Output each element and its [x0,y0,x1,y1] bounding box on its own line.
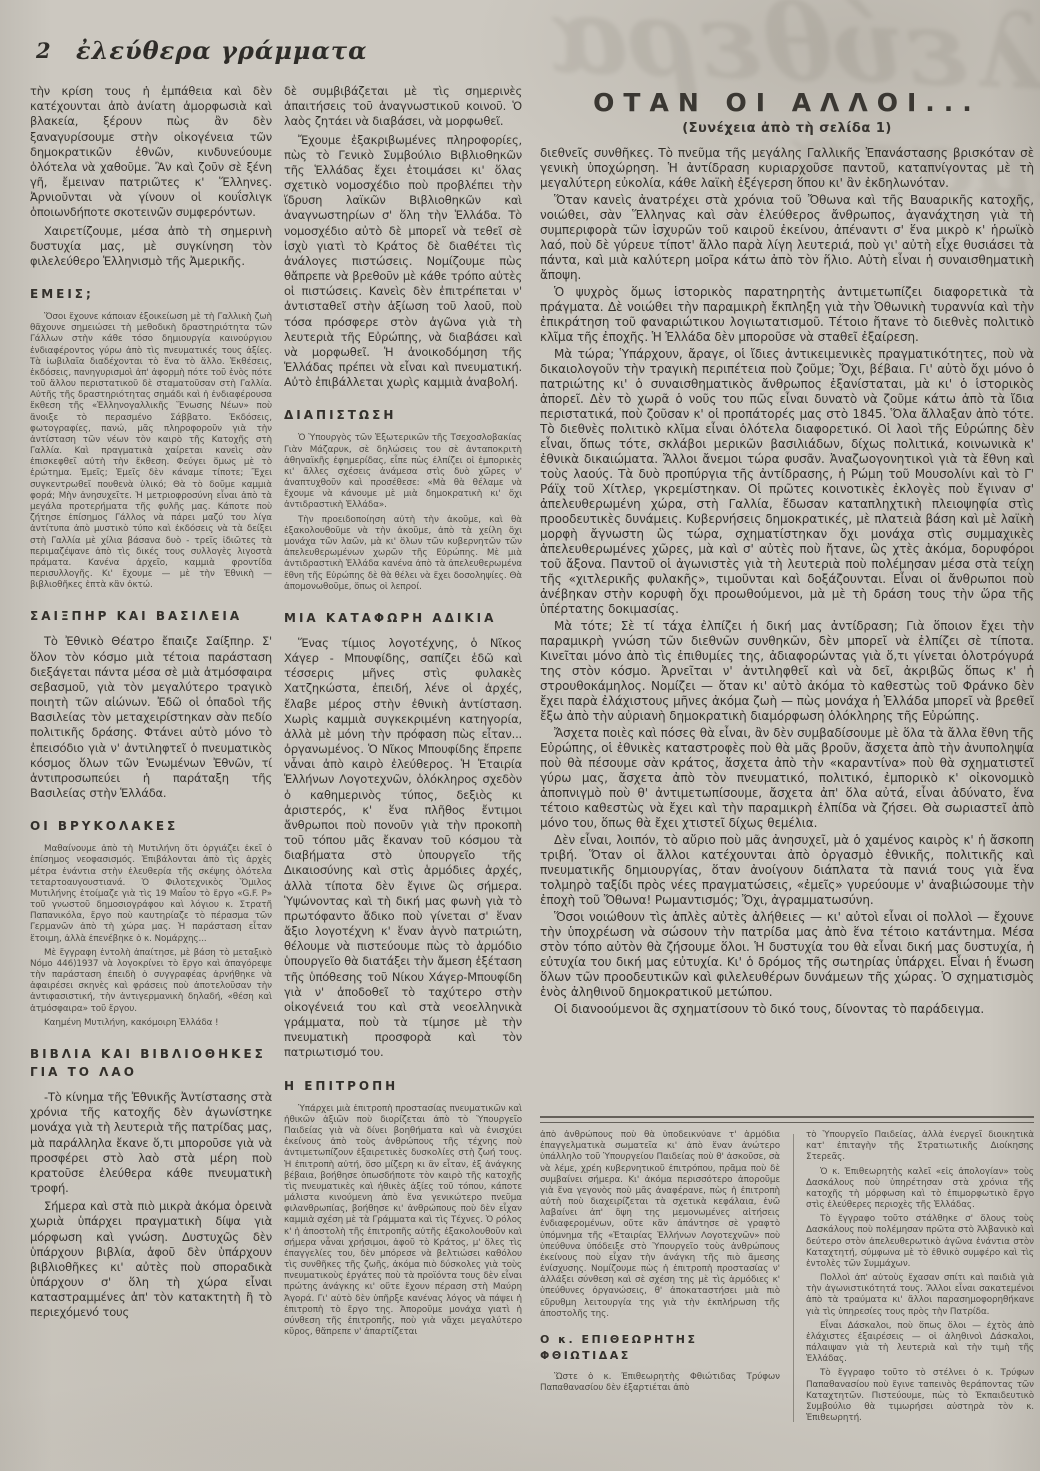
paragraph: Τὸ Ἐθνικὸ Θέατρο ἔπαιζε Σαίξπηρ. Σ' ὅλον… [30,634,272,801]
paragraph: Εἶναι Δάσκαλοι, ποὺ ὅπως ὅλοι — ἐχτὸς ἀπ… [806,1321,1034,1366]
paragraph: Σήμερα καὶ στὰ πιὸ μικρὰ ἀκόμα ὀρεινὰ χω… [30,1199,272,1320]
paragraph: Ἄσχετα ποιὲς καὶ πόσες θὰ εἶναι, ἂν δὲν … [540,726,1034,831]
paragraph: Μαθαίνουμε ἀπὸ τὴ Μυτιλήνη ὅτι ὀργιάζει … [30,844,272,945]
paragraph: Τὸ ἔγγραφο τοῦτο τὸ στέλνει ὁ κ. Τρύφων … [806,1368,1034,1424]
bottom-right-column: τὸ Ὑπουργεῖο Παιδείας, ἀλλὰ ἐνεργεῖ διοι… [806,1130,1034,1465]
section-heading: ΔΙΑΠΙΣΤΩΣΗ [284,406,522,424]
paragraph: Μὰ τότε; Σὲ τί τάχα ἐλπίζει ἡ δική μας ἀ… [540,619,1034,724]
masthead-title: ἐλεύθερα γράμματα [76,36,368,65]
article-body: διεθνεῖς συνθῆκες. Τὸ πνεῦμα τῆς μεγάλης… [540,146,1034,1019]
paragraph: Μὲ ἔγγραφη ἐντολὴ ἀπαίτησε, μὲ βάση τὸ μ… [30,948,272,1015]
paragraph: διεθνεῖς συνθῆκες. Τὸ πνεῦμα τῆς μεγάλης… [540,146,1034,191]
paragraph: Ἔχουμε ἐξακριβωμένες πληροφορίες, πὼς τὸ… [284,133,522,391]
bottom-column-rule [793,1134,794,1422]
paragraph: Τὴν προειδοποίηση αὐτὴ τὴν ἀκοῦμε, καὶ θ… [284,515,522,593]
paragraph: Ὥστε ὁ κ. Ἐπιθεωρητὴς Φθιώτιδας Τρύφων Π… [540,1372,780,1394]
paragraph: Ὑπάρχει μιὰ ἐπιτροπὴ προστασίας πνευματι… [284,1104,522,1339]
paragraph: τὸ Ὑπουργεῖο Παιδείας, ἀλλὰ ἐνεργεῖ διοι… [806,1130,1034,1164]
section-heading: ΕΜΕΙΣ; [30,285,272,303]
paragraph: Ὁ κ. Ἐπιθεωρητὴς καλεῖ «εἰς ἀπολογίαν» τ… [806,1167,1034,1212]
section-heading: Ο κ. ΕΠΙΘΕΩΡΗΤΗΣ ΦΘΙΩΤΙΔΑΣ [540,1332,780,1365]
paragraph: Ὅταν κανεὶς ἀνατρέχει στὰ χρόνια τοῦ Ὄθω… [540,193,1034,283]
paragraph: τὴν κρίση τους ἡ ἐμπάθεια καὶ δὲν κατέχο… [30,84,272,221]
section-divider-rule [540,1116,1034,1123]
section-heading: ΜΙΑ ΚΑΤΑΦΩΡΗ ΑΔΙΚΙΑ [284,609,522,627]
paragraph: Τὸ ἔγγραφο τοῦτο στάλθηκε σ' ὅλους τοὺς … [806,1214,1034,1270]
paragraph: Πολλοὶ ἀπ' αὐτοὺς ἔχασαν σπίτι καὶ παιδι… [806,1273,1034,1318]
column-1: τὴν κρίση τους ἡ ἐμπάθεια καὶ δὲν κατέχο… [30,84,272,1456]
section-heading: ΣΑΙΞΠΗΡ ΚΑΙ ΒΑΣΙΛΕΙΑ [30,607,272,625]
paragraph: Ὅσοι ἔχουνε κάποιαν ἐξοικείωση μὲ τὴ Γαλ… [30,312,272,591]
section-heading: Η ΕΠΙΤΡΟΠΗ [284,1077,522,1095]
paragraph: Χαιρετίζουμε, μέσα ἀπὸ τὴ σημερινὴ δυστυ… [30,224,272,270]
paragraph: Οἱ διανοούμενοι ἂς σχηματίσουν τὸ δικό τ… [540,1002,1034,1017]
paragraph: Ὁ ψυχρὸς ὅμως ἱστορικὸς παρατηρητὴς ἀντι… [540,285,1034,345]
bottom-left-column: ἀπὸ ἀνθρώπους ποὺ θὰ ὑποδεικνύανε τ' ἁρμ… [540,1130,780,1465]
paragraph: Καημένη Μυτιλήνη, κακόμοιρη Ἑλλάδα ! [30,1018,272,1029]
continuation-note: (Συνέχεια ἀπὸ τὴ σελίδα 1) [540,121,1034,136]
paragraph: δὲ συμβιβάζεται μὲ τὶς σημερινὲς ἀπαιτήσ… [284,84,522,130]
paragraph: Ὅσοι νοιώθουν τὶς ἁπλὲς αὐτὲς ἀλήθειες —… [540,910,1034,1000]
page-number: 2 [36,38,51,63]
newspaper-page: ἐλεύθερα γράμματα 2 ἐλεύθερα γράμματα τὴ… [0,0,1040,1471]
paragraph: -Τὸ κίνημα τῆς Ἐθνικῆς Ἀντίστασης στὰ χρ… [30,1090,272,1196]
section-heading: ΟΙ ΒΡΥΚΟΛΑΚΕΣ [30,817,272,835]
article-headline: ΟΤΑΝ ΟΙ ΑΛΛΟΙ... [540,88,1034,117]
paragraph: Δὲν εἶναι, λοιπόν, τὸ αὔριο ποὺ μᾶς ἀνησ… [540,833,1034,908]
paragraph: Ὁ Ὑπουργὸς τῶν Ἐξωτερικῶν τῆς Τσεχοσλοβα… [284,433,522,511]
paragraph: Μὰ τώρα; Ὑπάρχουν, ἄραγε, οἱ ἴδιες ἀντικ… [540,347,1034,617]
column-3: ΟΤΑΝ ΟΙ ΑΛΛΟΙ... (Συνέχεια ἀπὸ τὴ σελίδα… [540,84,1034,1019]
paragraph: Ἕνας τίμιος λογοτέχνης, ὁ Νῖκος Χάγερ - … [284,636,522,1061]
paragraph: ἀπὸ ἀνθρώπους ποὺ θὰ ὑποδεικνύανε τ' ἁρμ… [540,1130,780,1320]
section-heading: ΒΙΒΛΙΑ ΚΑΙ ΒΙΒΛΙΟΘΗΚΕΣ ΓΙΑ ΤΟ ΛΑΟ [30,1045,272,1081]
column-2: δὲ συμβιβάζεται μὲ τὶς σημερινὲς ἀπαιτήσ… [284,84,522,1464]
